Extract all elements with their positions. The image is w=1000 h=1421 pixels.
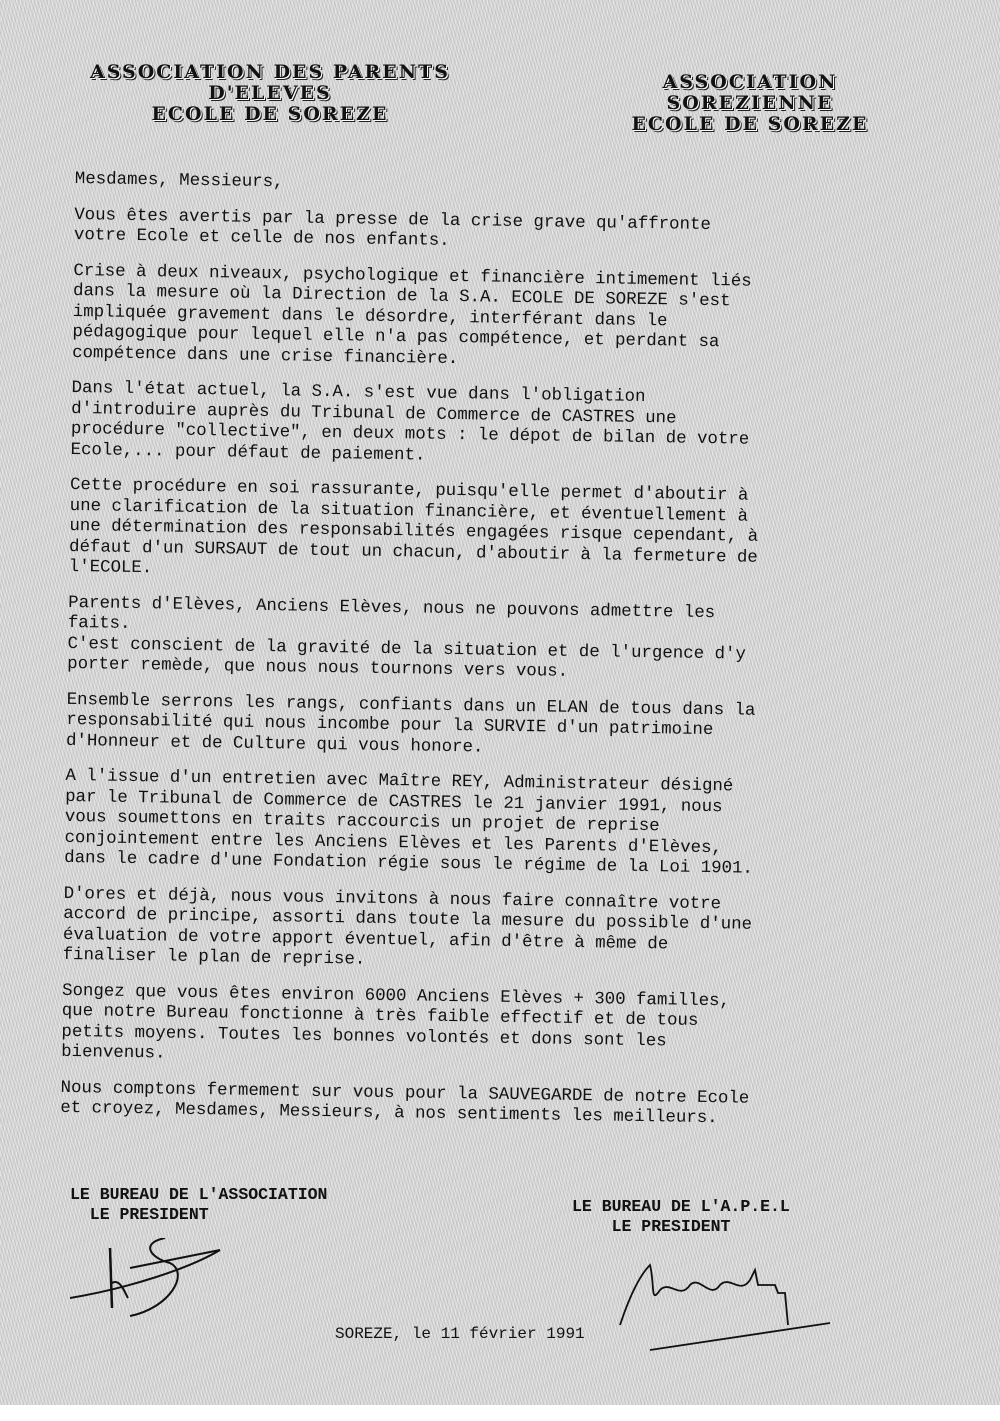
header-left-line-2: D'ELEVES (70, 83, 470, 104)
dateline: SOREZE, le 11 février 1991 (335, 1325, 585, 1343)
header-right-line-3: ECOLE DE SOREZE (600, 114, 900, 135)
paragraph: Crise à deux niveaux, psychologique et f… (72, 261, 904, 377)
paragraph: Parents d'Elèves, Anciens Elèves, nous n… (67, 593, 898, 688)
page-edge (0, 1405, 1000, 1421)
header-left: ASSOCIATION DES PARENTS D'ELEVES ECOLE D… (70, 62, 470, 125)
header-left-line-1: ASSOCIATION DES PARENTS (70, 62, 470, 83)
handwritten-signature-left (70, 1238, 330, 1328)
paragraph: Vous êtes avertis par la presse de la cr… (74, 205, 905, 259)
header-right-line-2: SOREZIENNE (600, 93, 900, 114)
header-right-line-1: ASSOCIATION (600, 72, 900, 93)
paragraph: Cette procédure en soi rassurante, puisq… (69, 476, 901, 592)
salutation: Mesdames, Messieurs, (75, 170, 905, 204)
paragraph: Songez que vous êtes environ 6000 Ancien… (61, 981, 892, 1076)
paragraph: Dans l'état actuel, la S.A. s'est vue da… (70, 379, 901, 474)
signature-block-right: LE BUREAU DE L'A.P.E.L LE PRESIDENT (572, 1197, 790, 1237)
header-left-line-3: ECOLE DE SOREZE (70, 104, 470, 125)
paragraph: Ensemble serrons les rangs, confiants da… (66, 690, 897, 765)
letter-body: Mesdames, Messieurs, Vous êtes avertis p… (60, 170, 905, 1147)
handwritten-signature-right (610, 1255, 870, 1355)
header-right: ASSOCIATION SOREZIENNE ECOLE DE SOREZE (600, 72, 900, 135)
paragraph: D'ores et déjà, nous vous invitons à nou… (62, 884, 893, 979)
paragraph: A l'issue d'un entretien avec Maître REY… (64, 767, 896, 883)
signature-block-left: LE BUREAU DE L'ASSOCIATION LE PRESIDENT (70, 1185, 327, 1225)
paragraph: Nous comptons fermement sur vous pour la… (60, 1078, 891, 1132)
